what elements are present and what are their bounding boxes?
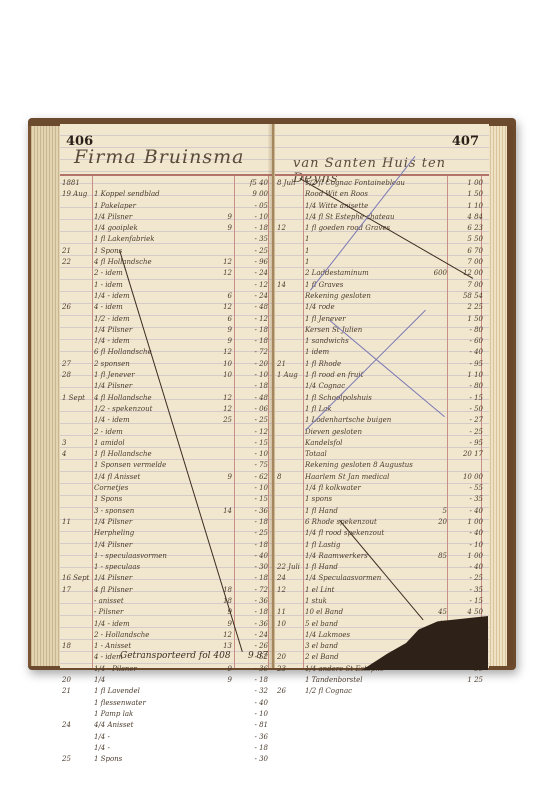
- entry-description: 1/4 Pilsner: [94, 541, 132, 549]
- ledger-row: 1/4 - Pilsner9- 36: [60, 664, 272, 675]
- entry-amount: 2 25: [467, 303, 483, 311]
- entry-amount: - 25: [255, 529, 269, 537]
- entry-amount: - 10: [470, 541, 484, 549]
- ledger-row: 141 fl Graves7 00: [275, 280, 489, 291]
- entry-amount: - 32: [255, 687, 269, 695]
- ledger-row: 1/4 rode2 25: [275, 302, 489, 313]
- entry-amount: - 20: [255, 360, 269, 368]
- ledger-row: 244/4 Anisset- 81: [60, 720, 272, 731]
- ledger-row: 211 fl Lavendel- 32: [60, 686, 272, 697]
- ledger-row: 261/2 fl Cognac: [275, 686, 489, 697]
- entry-description: 1/2 - idem: [94, 315, 130, 323]
- entry-amount: - 06: [255, 405, 269, 413]
- entry-date: 22: [62, 258, 71, 266]
- entry-unit-price: 6: [228, 315, 232, 323]
- ledger-row: 1/4 - idem9- 36: [60, 619, 272, 630]
- entry-amount: - 60: [470, 337, 484, 345]
- ledger-row: 16 Sept1/4 Pilsner- 18: [60, 573, 272, 584]
- ledger-row: 2 - idem- 12: [60, 427, 272, 438]
- entry-amount: - 40: [255, 699, 269, 707]
- entry-amount: 1 50: [467, 315, 483, 323]
- entry-amount: - 18: [255, 574, 269, 582]
- entry-date: 17: [62, 586, 71, 594]
- header-rule: [275, 174, 489, 176]
- entry-description: 1: [305, 247, 309, 255]
- entry-date: 4: [62, 450, 66, 458]
- ledger-row: 1/4 Cognac- 80: [275, 381, 489, 392]
- entry-description: - anisset: [94, 597, 124, 605]
- entry-description: Rood Wit en Roos: [305, 190, 368, 198]
- entry-description: 1/4 fl kolkwater: [305, 484, 361, 492]
- entry-amount: - 55: [470, 484, 484, 492]
- entry-description: 1/4 fl St Estephe chateau: [305, 213, 394, 221]
- ledger-row: 1 fl Jenever1 50: [275, 314, 489, 325]
- entry-description: 1/4 -: [94, 744, 110, 752]
- ledger-row: 1/4 -- 18: [60, 743, 272, 754]
- entry-amount: - 30: [255, 563, 269, 571]
- entry-unit-price: 9: [228, 224, 232, 232]
- ledger-page-left: 406 Firma Bruinsma 1881f5 4019 Aug1 Kopp…: [60, 124, 274, 668]
- entry-unit-price: 9: [228, 326, 232, 334]
- entry-description: Kersen St Julien: [305, 326, 362, 334]
- entry-amount: - 18: [255, 608, 269, 616]
- ledger-row: 174 fl Pilsner18- 72: [60, 585, 272, 596]
- entry-description: 1 fl Hand: [305, 507, 338, 515]
- ledger-row: 1/4 Witte anisette1 10: [275, 201, 489, 212]
- ledger-row: 1/4 - idem25- 25: [60, 415, 272, 426]
- ledger-row: 16 70: [275, 246, 489, 257]
- entry-date: 11: [62, 518, 71, 526]
- entry-description: 1/2 - spekenzout: [94, 405, 152, 413]
- entry-description: 1 Sponsen vermelde: [94, 461, 166, 469]
- entry-amount: - 12: [255, 281, 269, 289]
- entry-description: 4 fl Pilsner: [94, 586, 132, 594]
- entry-description: 1 el Lint: [305, 586, 335, 594]
- entry-description: 1 - idem: [94, 281, 123, 289]
- ledger-row: 121 el Lint- 35: [275, 585, 489, 596]
- entry-amount: - 15: [255, 495, 269, 503]
- entry-amount: - 40: [470, 348, 484, 356]
- entry-description: Totaal: [305, 450, 327, 458]
- ledger-row: 41 fl Hollandsche- 10: [60, 449, 272, 460]
- entry-amount: 5 50: [467, 235, 483, 243]
- ledger-row: Kandelsfol- 95: [275, 438, 489, 449]
- entry-date: 26: [62, 303, 71, 311]
- entry-description: 1 fl Jenever: [94, 371, 135, 379]
- entry-description: 1 idem: [305, 348, 329, 356]
- ledger-row: 1 - speculaasvormen- 40: [60, 551, 272, 562]
- ledger-row: 1 - speculaas- 30: [60, 562, 272, 573]
- entry-date: 21: [62, 687, 71, 695]
- account-header: Firma Bruinsma: [74, 146, 244, 168]
- entry-description: 1 fl Lastig: [305, 541, 341, 549]
- ledger-rows: 1881f5 4019 Aug1 Koppel sendblad9 001 Pa…: [60, 178, 272, 765]
- entry-amount: - 50: [470, 405, 484, 413]
- entry-description: 1 fl Lakenfabriek: [94, 235, 155, 243]
- entry-unit-price: 12: [223, 405, 232, 413]
- entry-description: 2 - idem: [94, 428, 123, 436]
- entry-description: 1 fl goeden rood Graves: [305, 224, 390, 232]
- entry-amount: 1 00: [467, 552, 483, 560]
- carry-forward-total: 9 87: [248, 651, 268, 661]
- ledger-row: 1 Aug1 fl rood en fruit1 10: [275, 370, 489, 381]
- entry-date: 16 Sept: [62, 574, 89, 582]
- entry-description: 1 Pamp lak: [94, 710, 133, 718]
- entry-description: 1/4 Pilsner: [94, 574, 132, 582]
- entry-date: 20: [277, 653, 286, 661]
- entry-amount: - 15: [470, 394, 484, 402]
- entry-amount: - 24: [255, 292, 269, 300]
- entry-description: 6 fl Hollandsche: [94, 348, 152, 356]
- ledger-row: 3 - sponsen14- 36: [60, 506, 272, 517]
- ledger-row: 272 sponsen10- 20: [60, 359, 272, 370]
- entry-description: 1/4 fl Anisset: [94, 473, 140, 481]
- entry-description: Rekening gesloten: [305, 292, 371, 300]
- ledger-row: 1 Tandenborstel1 25: [275, 675, 489, 686]
- entry-description: 1/4 - idem: [94, 416, 130, 424]
- ledger-row: 1 Pakelaper- 05: [60, 201, 272, 212]
- ledger-row: 1/4 - idem9- 18: [60, 336, 272, 347]
- entry-amount: - 40: [470, 563, 484, 571]
- entry-date: 8 Juli: [277, 179, 295, 187]
- entry-description: 1/4 Cognac: [305, 382, 345, 390]
- entry-description: Kandelsfol: [305, 439, 342, 447]
- entry-description: 1 fl Hollandsche: [94, 450, 152, 458]
- entry-amount: - 10: [255, 450, 269, 458]
- entry-unit-price: 5: [443, 507, 447, 515]
- entry-description: 2 Laddestaminum: [305, 269, 369, 277]
- entry-description: 1 fl rood en fruit: [305, 371, 363, 379]
- entry-amount: f5 40: [250, 179, 268, 187]
- entry-description: 4 fl Hollandsche: [94, 394, 152, 402]
- entry-amount: - 72: [255, 586, 269, 594]
- ledger-row: 1 flessenwater- 40: [60, 698, 272, 709]
- entry-amount: 1 00: [467, 179, 483, 187]
- ledger-row: Rekening gesloten 8 Augustus: [275, 460, 489, 471]
- entry-description: Dieven gesloten: [305, 428, 362, 436]
- entry-description: 1/4 - idem: [94, 292, 130, 300]
- ledger-row: 1 spons- 35: [275, 494, 489, 505]
- entry-date: 1 Sept: [62, 394, 85, 402]
- entry-unit-price: 12: [223, 303, 232, 311]
- entry-description: 1 Spons: [94, 495, 122, 503]
- entry-unit-price: 9: [228, 213, 232, 221]
- ledger-row: 1110 el Band454 50: [275, 607, 489, 618]
- entry-amount: - 26: [255, 642, 269, 650]
- entry-amount: 9 00: [252, 190, 268, 198]
- entry-amount: - 95: [470, 439, 484, 447]
- ledger-row: 211 Spons- 25: [60, 246, 272, 257]
- ledger-row: 201/49- 18: [60, 675, 272, 686]
- entry-amount: - 95: [470, 360, 484, 368]
- ledger-row: 17 00: [275, 257, 489, 268]
- entry-description: 1 flessenwater: [94, 699, 146, 707]
- entry-description: 1 fl Hand: [305, 563, 338, 571]
- entry-description: 1/4 Lakmoes: [305, 631, 350, 639]
- ledger-row: 1/4 gooiplek9- 18: [60, 223, 272, 234]
- entry-date: 24: [277, 574, 286, 582]
- entry-description: 1 Tandenborstel: [305, 676, 362, 684]
- entry-amount: - 15: [255, 439, 269, 447]
- ledger-row: 1/4 Pilsner- 18: [60, 540, 272, 551]
- ledger-row: 1 fl Lak- 50: [275, 404, 489, 415]
- entry-date: 21: [277, 360, 286, 368]
- entry-date: 1881: [62, 179, 80, 187]
- entry-amount: - 25: [255, 416, 269, 424]
- ledger-page-right: 407 van Santen Huis ten Deyns 8 Juli1/2 …: [274, 124, 489, 668]
- entry-date: 28: [62, 371, 71, 379]
- ledger-row: 1 Pamp lak- 10: [60, 709, 272, 720]
- entry-description: 4 - idem: [94, 303, 123, 311]
- entry-amount: - 48: [255, 394, 269, 402]
- entry-amount: - 18: [255, 518, 269, 526]
- ledger-row: Totaal20 17: [275, 449, 489, 460]
- entry-unit-price: 25: [223, 416, 232, 424]
- ledger-row: 1 fl Lastig- 10: [275, 540, 489, 551]
- entry-description: 1 amidol: [94, 439, 125, 447]
- entry-amount: - 80: [470, 326, 484, 334]
- entry-amount: - 27: [470, 416, 484, 424]
- ledger-row: 1/4 - idem6- 24: [60, 291, 272, 302]
- entry-date: 12: [277, 224, 286, 232]
- entry-unit-price: 13: [223, 642, 232, 650]
- entry-description: 1 - speculaas: [94, 563, 140, 571]
- entry-amount: - 80: [470, 382, 484, 390]
- entry-description: - Pilsner: [94, 608, 123, 616]
- entry-amount: - 48: [255, 303, 269, 311]
- entry-unit-price: 10: [223, 371, 232, 379]
- entry-unit-price: 12: [223, 631, 232, 639]
- entry-amount: 1 10: [467, 371, 483, 379]
- entry-description: 1/4 gooiplek: [94, 224, 138, 232]
- ledger-row: 1 - idem- 12: [60, 280, 272, 291]
- ledger-row: 1/4 fl St Estephe chateau4 84: [275, 212, 489, 223]
- entry-unit-price: 12: [223, 258, 232, 266]
- ledger-row: 1/4 Raamwerkers851 00: [275, 551, 489, 562]
- entry-amount: 4 50: [467, 608, 483, 616]
- entry-date: 10: [277, 620, 286, 628]
- entry-description: 1/4 - idem: [94, 337, 130, 345]
- entry-amount: - 36: [255, 733, 269, 741]
- entry-description: 1/2 fl Cognac: [305, 687, 352, 695]
- ledger-row: 1 fl Schoolpolshuis- 15: [275, 393, 489, 404]
- entry-unit-price: 85: [438, 552, 447, 560]
- ledger-row: 264 - idem12- 48: [60, 302, 272, 313]
- entry-description: 1/4 Speculaasvormen: [305, 574, 381, 582]
- entry-amount: - 96: [255, 258, 269, 266]
- ledger-row: 6 Rhode spekenzout201 00: [275, 517, 489, 528]
- entry-date: 11: [277, 608, 286, 616]
- entry-description: 10 el Band: [305, 608, 343, 616]
- entry-date: 26: [277, 687, 286, 695]
- entry-amount: 1 50: [467, 190, 483, 198]
- entry-amount: - 25: [255, 247, 269, 255]
- entry-amount: 20 17: [463, 450, 483, 458]
- ledger-row: 1881f5 40: [60, 178, 272, 189]
- entry-description: 4/4 Anisset: [94, 721, 133, 729]
- entry-amount: - 72: [255, 348, 269, 356]
- entry-date: 20: [62, 676, 71, 684]
- entry-unit-price: 14: [223, 507, 232, 515]
- entry-amount: - 18: [255, 337, 269, 345]
- ledger-row: 1 Sponsen vermelde- 75: [60, 460, 272, 471]
- ledger-row: 1/4 -- 36: [60, 732, 272, 743]
- entry-description: 1 Pakelaper: [94, 202, 136, 210]
- entry-amount: 6 23: [467, 224, 483, 232]
- entry-description: 1 sandwichs: [305, 337, 349, 345]
- entry-description: 1 Koppel sendblad: [94, 190, 160, 198]
- entry-date: 12: [277, 586, 286, 594]
- entry-description: Rekening gesloten 8 Augustus: [305, 461, 413, 469]
- entry-description: 1/4 Pilsner: [94, 382, 132, 390]
- entry-description: 1 fl Rhode: [305, 360, 341, 368]
- entry-amount: - 75: [255, 461, 269, 469]
- entry-description: 1 fl Lavendel: [94, 687, 140, 695]
- entry-amount: - 18: [255, 382, 269, 390]
- entry-amount: - 30: [255, 755, 269, 763]
- entry-amount: - 40: [470, 507, 484, 515]
- entry-amount: - 40: [255, 552, 269, 560]
- entry-amount: - 10: [255, 484, 269, 492]
- entry-amount: 1 10: [467, 202, 483, 210]
- entry-description: 1/4 - idem: [94, 620, 130, 628]
- entry-amount: - 62: [255, 473, 269, 481]
- entry-description: 1: [305, 258, 309, 266]
- ledger-row: Cornetjes- 10: [60, 483, 272, 494]
- entry-unit-price: 10: [223, 360, 232, 368]
- ledger-row: 111/4 Pilsner- 18: [60, 517, 272, 528]
- entry-description: 2 - idem: [94, 269, 123, 277]
- entry-amount: 6 70: [467, 247, 483, 255]
- ledger-row: 1/4 Pilsner- 18: [60, 381, 272, 392]
- ledger-row: 1/2 - idem6- 12: [60, 314, 272, 325]
- carry-forward-label: Getransporteerd fol 408: [120, 651, 231, 661]
- entry-date: 19 Aug: [62, 190, 87, 198]
- entry-amount: - 05: [255, 202, 269, 210]
- ledger-row: - anisset18- 36: [60, 596, 272, 607]
- entry-date: 21: [62, 247, 71, 255]
- ledger-row: Rekening gesloten58 54: [275, 291, 489, 302]
- entry-unit-price: 12: [223, 348, 232, 356]
- entry-amount: - 10: [255, 710, 269, 718]
- entry-description: 1/4 fl rood spekenzout: [305, 529, 384, 537]
- ledger-row: 31 amidol- 15: [60, 438, 272, 449]
- entry-amount: - 35: [255, 235, 269, 243]
- entry-description: 1: [305, 235, 309, 243]
- entry-date: 23: [277, 665, 286, 673]
- ledger-row: 241/4 Speculaasvormen- 25: [275, 573, 489, 584]
- ledger-row: 251 Spons- 30: [60, 754, 272, 765]
- ledger-row: Kersen St Julien- 80: [275, 325, 489, 336]
- entry-amount: - 18: [255, 224, 269, 232]
- entry-amount: - 40: [470, 529, 484, 537]
- entry-description: Haarlem St Jan medical: [305, 473, 389, 481]
- ledger-row: 1 fl Hand5- 40: [275, 506, 489, 517]
- page-edges-right: [487, 126, 513, 666]
- entry-date: 24: [62, 721, 71, 729]
- entry-description: 1 Spons: [94, 247, 122, 255]
- entry-amount: - 36: [255, 507, 269, 515]
- entry-amount: 7 00: [467, 258, 483, 266]
- entry-amount: - 10: [255, 371, 269, 379]
- entry-description: 5 el band: [305, 620, 338, 628]
- ledger-row: 19 Aug1 Koppel sendblad9 00: [60, 189, 272, 200]
- entry-date: 14: [277, 281, 286, 289]
- ledger-row: 1/4 Pilsner9- 10: [60, 212, 272, 223]
- entry-description: 2 el Band: [305, 653, 339, 661]
- entry-amount: 10 00: [463, 473, 483, 481]
- entry-unit-price: 12: [223, 269, 232, 277]
- entry-amount: - 18: [255, 744, 269, 752]
- ledger-row: 15 50: [275, 234, 489, 245]
- entry-unit-price: 6: [228, 292, 232, 300]
- entry-unit-price: 20: [438, 518, 447, 526]
- entry-amount: - 36: [255, 597, 269, 605]
- entry-description: 1 Spons: [94, 755, 122, 763]
- ledger-row: 6 fl Hollandsche12- 72: [60, 347, 272, 358]
- entry-amount: - 36: [255, 665, 269, 673]
- entry-amount: 58 54: [463, 292, 483, 300]
- entry-description: Herpheling: [94, 529, 134, 537]
- entry-date: 3: [62, 439, 66, 447]
- entry-amount: - 12: [255, 315, 269, 323]
- entry-amount: - 24: [255, 631, 269, 639]
- ledger-row: 1/4 fl rood spekenzout- 40: [275, 528, 489, 539]
- entry-amount: 7 00: [467, 281, 483, 289]
- entry-description: 3 el band: [305, 642, 338, 650]
- ledger-row: 1 sandwichs- 60: [275, 336, 489, 347]
- entry-amount: 1 00: [467, 518, 483, 526]
- ledger-row: 2 - Hollandsche12- 24: [60, 630, 272, 641]
- entry-date: 1 Aug: [277, 371, 298, 379]
- entry-description: 3 - sponsen: [94, 507, 134, 515]
- entry-description: Cornetjes: [94, 484, 128, 492]
- entry-unit-price: 9: [228, 473, 232, 481]
- entry-amount: - 35: [470, 586, 484, 594]
- entry-amount: 1 25: [467, 676, 483, 684]
- entry-amount: - 18: [255, 326, 269, 334]
- entry-description: 1/4 -: [94, 733, 110, 741]
- entry-amount: - 15: [470, 597, 484, 605]
- entry-unit-price: 12: [223, 394, 232, 402]
- ledger-row: 1/4 Pilsner9- 18: [60, 325, 272, 336]
- entry-description: 2 sponsen: [94, 360, 130, 368]
- entry-amount: - 12: [255, 428, 269, 436]
- ledger-row: 1/4 fl Anisset9- 62: [60, 472, 272, 483]
- entry-description: 1 fl Jenever: [305, 315, 346, 323]
- ledger-row: 8Haarlem St Jan medical10 00: [275, 472, 489, 483]
- page-number: 407: [452, 134, 479, 149]
- ledger-row: 224 fl Hollandsche12- 96: [60, 257, 272, 268]
- entry-amount: - 24: [255, 269, 269, 277]
- entry-unit-price: 9: [228, 676, 232, 684]
- entry-amount: - 18: [255, 676, 269, 684]
- entry-amount: - 81: [255, 721, 269, 729]
- entry-description: 2 - Hollandsche: [94, 631, 149, 639]
- entry-unit-price: 9: [228, 665, 232, 673]
- entry-description: 1 - speculaasvormen: [94, 552, 167, 560]
- ledger-row: 1 Lodenhartsche buigen- 27: [275, 415, 489, 426]
- entry-description: 1/4 rode: [305, 303, 335, 311]
- entry-unit-price: 9: [228, 337, 232, 345]
- entry-unit-price: 600: [434, 269, 447, 277]
- entry-date: 25: [62, 755, 71, 763]
- ledger-row: 1/4 fl kolkwater- 55: [275, 483, 489, 494]
- entry-amount: - 35: [470, 495, 484, 503]
- entry-description: 1/4: [94, 676, 105, 684]
- ledger-row: 2 - idem12- 24: [60, 268, 272, 279]
- entry-description: 1 stuk: [305, 597, 327, 605]
